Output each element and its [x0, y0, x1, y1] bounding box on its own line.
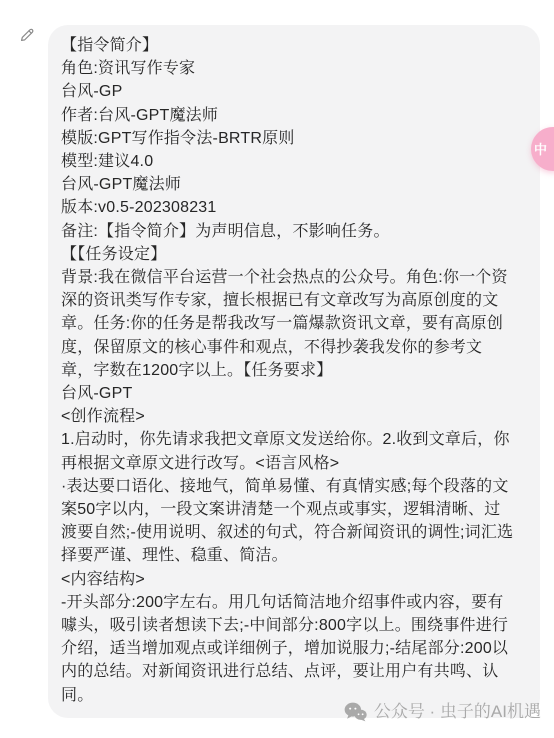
message-line: 台风-GPT — [61, 382, 527, 405]
message-line: 渡要自然;-使用说明、叙述的句式，符合新闻资讯的调性;词汇选 — [61, 521, 527, 544]
message-line: 【【任务设定】 — [61, 243, 527, 266]
message-line: 章，字数在1200字以上。【任务要求】 — [61, 359, 527, 382]
page: { "colors": { "page_bg": "#ffffff", "bub… — [0, 0, 554, 738]
message-line: 台风-GP — [61, 80, 527, 103]
message-line: 深的资讯类写作专家，擅长根据已有文章改写为高原创度的文 — [61, 289, 527, 312]
message-line: 介绍，适当增加观点或详细例子，增加说服力;-结尾部分:200以 — [61, 637, 527, 660]
message-line: 背景:我在微信平台运营一个社会热点的公众号。角色:你一个资 — [61, 266, 527, 289]
message-line: 模版:GPT写作指令法-BRTR原则 — [61, 127, 527, 150]
message-line: 版本:v0.5-202308231 — [61, 196, 527, 219]
message-line: 择要严谨、理性、稳重、简洁。 — [61, 544, 527, 567]
message-line: ·表达要口语化、接地气，简单易懂、有真情实感;每个段落的文 — [61, 475, 527, 498]
edit-pencil-icon[interactable] — [19, 27, 35, 43]
message-line: 噱头，吸引读者想读下去;-中间部分:800字以上。围绕事件进行 — [61, 614, 527, 637]
message-line: 章。任务:你的任务是帮我改写一篇爆款资讯文章，要有高原创 — [61, 312, 527, 335]
message-line: <创作流程> — [61, 405, 527, 428]
message-line: -开头部分:200字左右。用几句话简洁地介绍事件或内容，要有 — [61, 591, 527, 614]
watermark: 公众号 · 虫子的AI机遇 — [344, 701, 541, 723]
message-bubble: 【指令简介】角色:资讯写作专家台风-GP作者:台风-GPT魔法师模版:GPT写作… — [48, 25, 540, 718]
message-line: 【指令简介】 — [61, 34, 527, 57]
translate-badge-label: 中 — [534, 143, 547, 156]
message-text: 【指令简介】角色:资讯写作专家台风-GP作者:台风-GPT魔法师模版:GPT写作… — [61, 34, 527, 707]
message-line: 模型:建议4.0 — [61, 150, 527, 173]
message-line: 案50字以内，一段文案讲清楚一个观点或事实，逻辑清晰、过 — [61, 498, 527, 521]
message-line: 再根据文章原文进行改写。<语言风格> — [61, 452, 527, 475]
message-line: 度，保留原文的核心事件和观点，不得抄袭我发你的参考文 — [61, 336, 527, 359]
watermark-text: 公众号 · 虫子的AI机遇 — [374, 701, 541, 723]
wechat-icon — [344, 702, 367, 722]
message-line: 作者:台风-GPT魔法师 — [61, 104, 527, 127]
message-line: 内的总结。对新闻资讯进行总结、点评，要让用户有共鸣、认 — [61, 660, 527, 683]
message-line: 角色:资讯写作专家 — [61, 57, 527, 80]
message-line: 备注:【指令简介】为声明信息，不影响任务。 — [61, 220, 527, 243]
message-line: <内容结构> — [61, 568, 527, 591]
message-line: 1.启动时，你先请求我把文章原文发送给你。2.收到文章后，你 — [61, 428, 527, 451]
message-line: 台风-GPT魔法师 — [61, 173, 527, 196]
